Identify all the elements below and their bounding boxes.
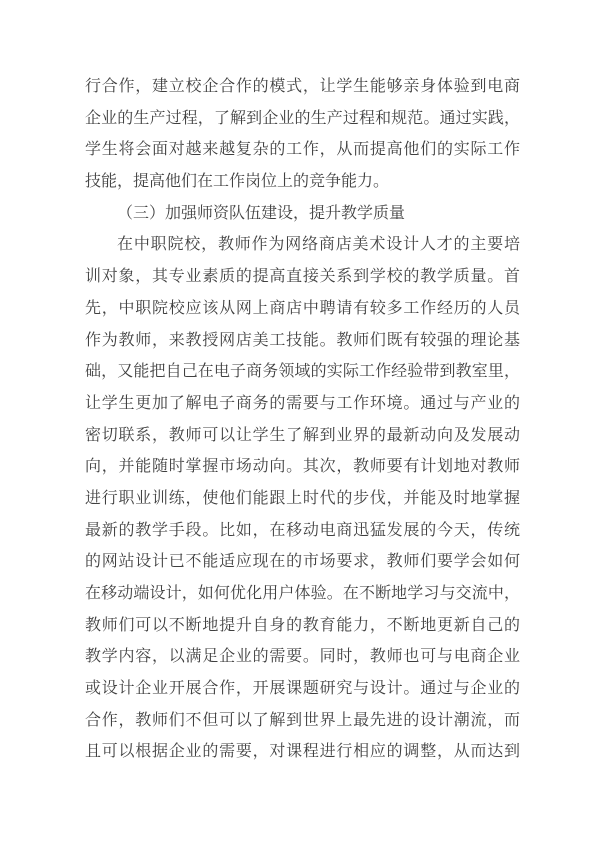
text-line: 技能，提高他们在工作岗位上的竞争能力。	[85, 166, 520, 198]
text-line: 进行职业训练，使他们能跟上时代的步伐，并能及时地掌握	[85, 483, 520, 515]
text-line: 的网站设计已不能适应现在的市场要求，教师们要学会如何	[85, 546, 520, 578]
text-line: 密切联系，教师可以让学生了解到业界的最新动向及发展动	[85, 420, 520, 452]
text-line: 作为教师，来教授网店美工技能。教师们既有较强的理论基	[85, 325, 520, 357]
text-line: 学生将会面对越来越复杂的工作，从而提高他们的实际工作	[85, 134, 520, 166]
text-line: 合作，教师们不但可以了解到世界上最先进的设计潮流，而	[85, 705, 520, 737]
text-line: 行合作，建立校企合作的模式，让学生能够亲身体验到电商	[85, 71, 520, 103]
text-line: 企业的生产过程，了解到企业的生产过程和规范。通过实践，	[85, 103, 520, 135]
text-line: 训对象，其专业素质的提高直接关系到学校的教学质量。首	[85, 261, 520, 293]
text-line: 让学生更加了解电子商务的需要与工作环境。通过与产业的	[85, 388, 520, 420]
text-line: 在移动端设计，如何优化用户体验。在不断地学习与交流中，	[85, 578, 520, 610]
text-line: 先，中职院校应该从网上商店中聘请有较多工作经历的人员	[85, 293, 520, 325]
text-line: 且可以根据企业的需要，对课程进行相应的调整，从而达到	[85, 736, 520, 768]
text-line: 最新的教学手段。比如，在移动电商迅猛发展的今天，传统	[85, 515, 520, 547]
text-line: 教学内容，以满足企业的需要。同时，教师也可与电商企业	[85, 641, 520, 673]
text-line: 在中职院校，教师作为网络商店美术设计人才的主要培	[85, 229, 520, 261]
text-line: 向，并能随时掌握市场动向。其次，教师要有计划地对教师	[85, 451, 520, 483]
text-line: 或设计企业开展合作，开展课题研究与设计。通过与企业的	[85, 673, 520, 705]
section-heading: （三）加强师资队伍建设，提升教学质量	[85, 198, 520, 230]
document-page: 行合作，建立校企合作的模式，让学生能够亲身体验到电商 企业的生产过程，了解到企业…	[0, 0, 600, 848]
text-line: 教师们可以不断地提升自身的教育能力，不断地更新自己的	[85, 610, 520, 642]
text-line: 础，又能把自己在电子商务领域的实际工作经验带到教室里，	[85, 356, 520, 388]
